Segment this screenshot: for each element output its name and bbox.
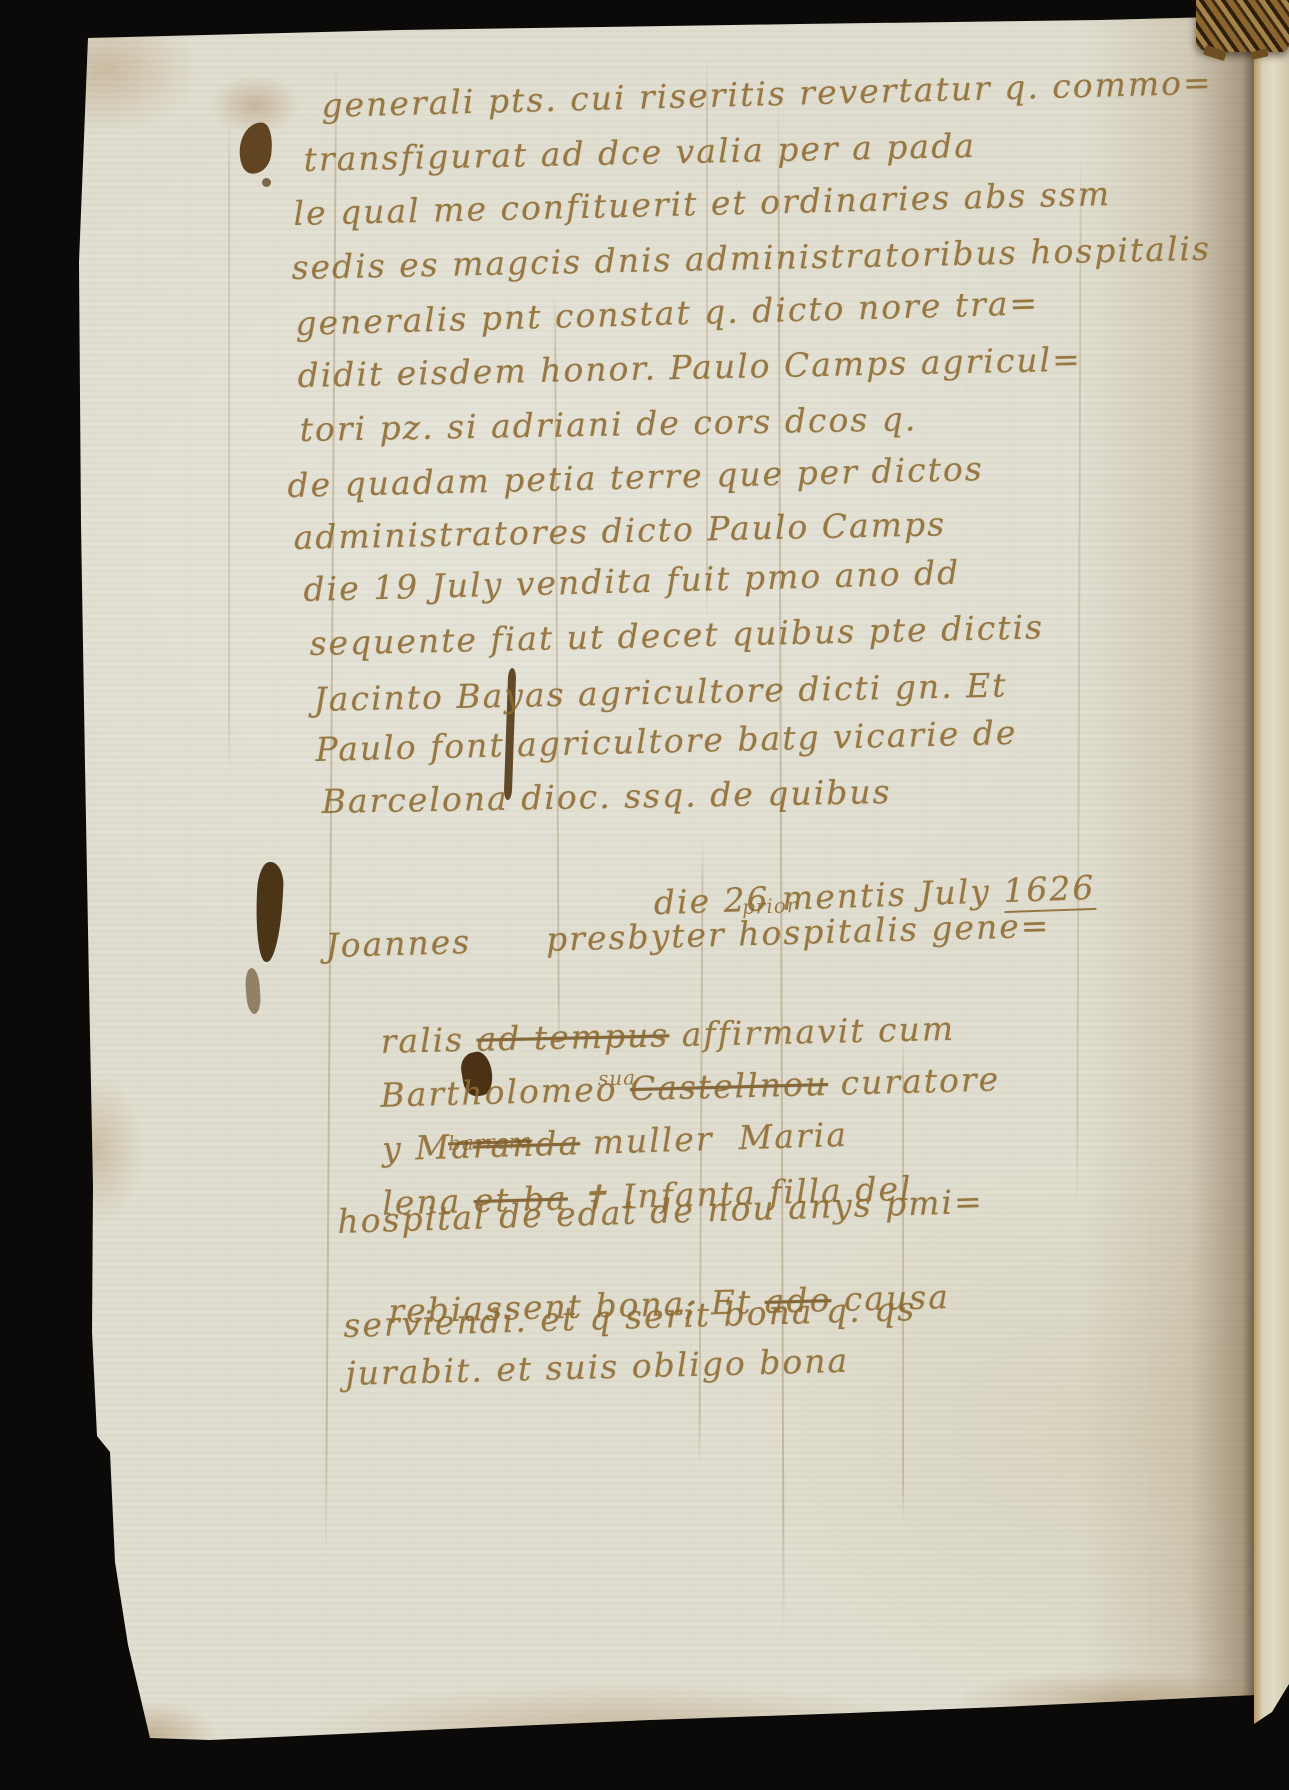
ink-rule-line — [228, 120, 230, 770]
binding-braid — [1196, 0, 1289, 52]
line-segment: curatore — [828, 1059, 1001, 1102]
manuscript-scan: generali pts. cui riseritis revertatur q… — [0, 0, 1289, 1790]
ink-blot — [262, 178, 271, 187]
adjacent-page-edge — [1254, 0, 1289, 1790]
